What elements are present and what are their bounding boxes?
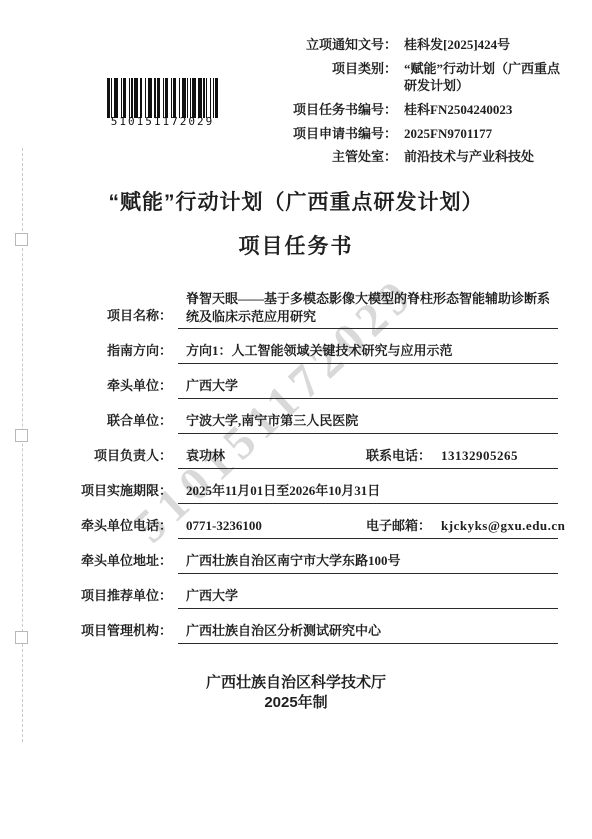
document-title-task-book: 项目任务书: [0, 230, 592, 260]
field-value: 脊智天眼——基于多模态影像大模型的脊柱形态智能辅助诊断系统及临床示范应用研究: [178, 287, 558, 329]
field-value: 2025年11月01日至2026年10月31日: [178, 479, 558, 504]
header-row-project-category: 项目类别： “赋能”行动计划（广西重点研发计划）: [250, 61, 562, 95]
field-row-lead-unit-address: 牵头单位地址： 广西壮族自治区南宁市大学东路100号: [64, 549, 558, 574]
field-value: 广西壮族自治区南宁市大学东路100号: [178, 549, 558, 574]
footer-issuer: 广西壮族自治区科学技术厅: [0, 673, 592, 693]
field-label: 项目任务书编号：: [250, 102, 397, 119]
field-row-implementation-period: 项目实施期限： 2025年11月01日至2026年10月31日: [64, 479, 558, 504]
field-value: 广西大学: [178, 374, 558, 399]
barcode: 510151172029: [107, 78, 218, 128]
field-label: 项目名称：: [64, 308, 178, 329]
field-label: 指南方向：: [64, 343, 178, 364]
field-value: “赋能”行动计划（广西重点研发计划）: [397, 61, 562, 95]
field-value: 0771-3236100 电子邮箱： kjckyks@gxu.edu.cn: [178, 514, 558, 539]
footer-year: 2025年制: [0, 693, 592, 713]
header-row-application-number: 项目申请书编号： 2025FN9701177: [250, 126, 562, 143]
field-label: 立项通知文号：: [250, 37, 397, 54]
field-value: 2025FN9701177: [397, 126, 562, 143]
field-label: 牵头单位电话：: [64, 518, 178, 539]
field-label: 联合单位：: [64, 413, 178, 434]
field-value: 宁波大学,南宁市第三人民医院: [178, 409, 558, 434]
field-label: 项目类别：: [250, 61, 397, 95]
field-label: 项目推荐单位：: [64, 588, 178, 609]
field-row-lead-unit-phone: 牵头单位电话： 0771-3236100 电子邮箱： kjckyks@gxu.e…: [64, 514, 558, 539]
field-label: 项目负责人：: [64, 448, 178, 469]
header-row-task-book-number: 项目任务书编号： 桂科FN2504240023: [250, 102, 562, 119]
field-value: 广西壮族自治区分析测试研究中心: [178, 619, 558, 644]
field-label: 项目实施期限：: [64, 483, 178, 504]
field-label: 主管处室：: [250, 149, 397, 166]
email-value: kjckyks@gxu.edu.cn: [441, 517, 565, 535]
leader-name: 袁功林: [186, 447, 366, 465]
field-label: 牵头单位地址：: [64, 553, 178, 574]
field-label: 牵头单位：: [64, 378, 178, 399]
fields-table: 项目名称： 脊智天眼——基于多模态影像大模型的脊柱形态智能辅助诊断系统及临床示范…: [64, 287, 558, 654]
field-row-joint-units: 联合单位： 宁波大学,南宁市第三人民医院: [64, 409, 558, 434]
field-row-guide-direction: 指南方向： 方向1：人工智能领域关键技术研究与应用示范: [64, 339, 558, 364]
field-value: 桂科发[2025]424号: [397, 37, 562, 54]
barcode-number: 510151172029: [107, 115, 218, 128]
field-row-project-leader: 项目负责人： 袁功林 联系电话： 13132905265: [64, 444, 558, 469]
field-value: 前沿技术与产业科技处: [397, 149, 562, 166]
field-row-managing-agency: 项目管理机构： 广西壮族自治区分析测试研究中心: [64, 619, 558, 644]
field-row-lead-unit: 牵头单位： 广西大学: [64, 374, 558, 399]
header-fields: 立项通知文号： 桂科发[2025]424号 项目类别： “赋能”行动计划（广西重…: [250, 37, 562, 173]
field-row-project-name: 项目名称： 脊智天眼——基于多模态影像大模型的脊柱形态智能辅助诊断系统及临床示范…: [64, 287, 558, 329]
document-page: 510151172029 510151172029 立项通知文号： 桂科发[20…: [0, 0, 592, 839]
footer: 广西壮族自治区科学技术厅 2025年制: [0, 673, 592, 712]
field-value: 袁功林 联系电话： 13132905265: [178, 444, 558, 469]
email-label: 电子邮箱：: [366, 517, 431, 535]
field-value: 桂科FN2504240023: [397, 102, 562, 119]
field-value: 广西大学: [178, 584, 558, 609]
document-title-program: “赋能”行动计划（广西重点研发计划）: [0, 186, 592, 216]
barcode-bars-icon: [107, 78, 218, 118]
field-row-recommending-unit: 项目推荐单位： 广西大学: [64, 584, 558, 609]
contact-phone-label: 联系电话：: [366, 447, 431, 465]
header-row-approval-number: 立项通知文号： 桂科发[2025]424号: [250, 37, 562, 54]
unit-phone: 0771-3236100: [186, 517, 366, 535]
field-value: 方向1：人工智能领域关键技术研究与应用示范: [178, 339, 558, 364]
binding-mark-bottom: [15, 631, 28, 644]
header-row-supervising-office: 主管处室： 前沿技术与产业科技处: [250, 149, 562, 166]
binding-mark-middle: [15, 429, 28, 442]
field-label: 项目管理机构：: [64, 623, 178, 644]
field-label: 项目申请书编号：: [250, 126, 397, 143]
contact-phone-value: 13132905265: [441, 447, 518, 465]
